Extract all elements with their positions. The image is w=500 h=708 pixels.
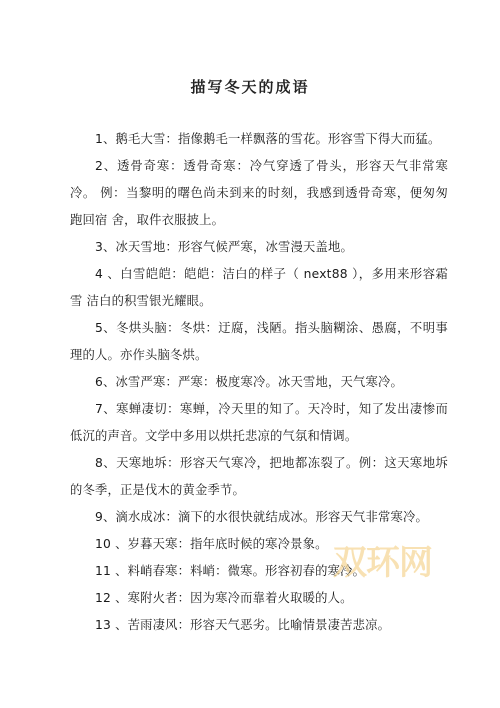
list-item: 8、天寒地坼：形容天气寒冷，把地都冻裂了。例：这天寒地坼的冬季，正是伐木的黄金季…: [70, 450, 448, 504]
list-item: 2、透骨奇寒：透骨奇寒：冷气穿透了骨头，形容天气非常寒冷。 例：当黎明的曙色尚未…: [70, 153, 448, 234]
watermark-logo: 双环网: [333, 535, 432, 584]
list-item: 3、冰天雪地：形容气候严寒，冰雪漫天盖地。: [70, 234, 448, 261]
document-title: 描写冬天的成语: [0, 76, 500, 97]
list-item: 6、冰雪严寒：严寒：极度寒冷。冰天雪地，天气寒冷。: [70, 369, 448, 396]
list-item: 13 、苦雨凄风：形容天气恶劣。比喻情景凄苦悲凉。: [70, 612, 448, 639]
list-item: 7、寒蝉凄切：寒蝉，冷天里的知了。天冷时，知了发出凄惨而低沉的声音。文学中多用以…: [70, 396, 448, 450]
list-item: 5、冬烘头脑：冬烘：迂腐，浅陋。指头脑糊涂、愚腐，不明事理的人。亦作头脑冬烘。: [70, 315, 448, 369]
list-item: 1、鹅毛大雪：指像鹅毛一样飘落的雪花。形容雪下得大而猛。: [70, 126, 448, 153]
list-item: 9、滴水成冰：滴下的水很快就结成冰。形容天气非常寒冷。: [70, 504, 448, 531]
list-item: 12 、寒附火者：因为寒冷而靠着火取暖的人。: [70, 585, 448, 612]
list-item: 4 、白雪皑皑：皑皑：洁白的样子（ next88 ），多用来形容霜雪 洁白的积雪…: [70, 261, 448, 315]
